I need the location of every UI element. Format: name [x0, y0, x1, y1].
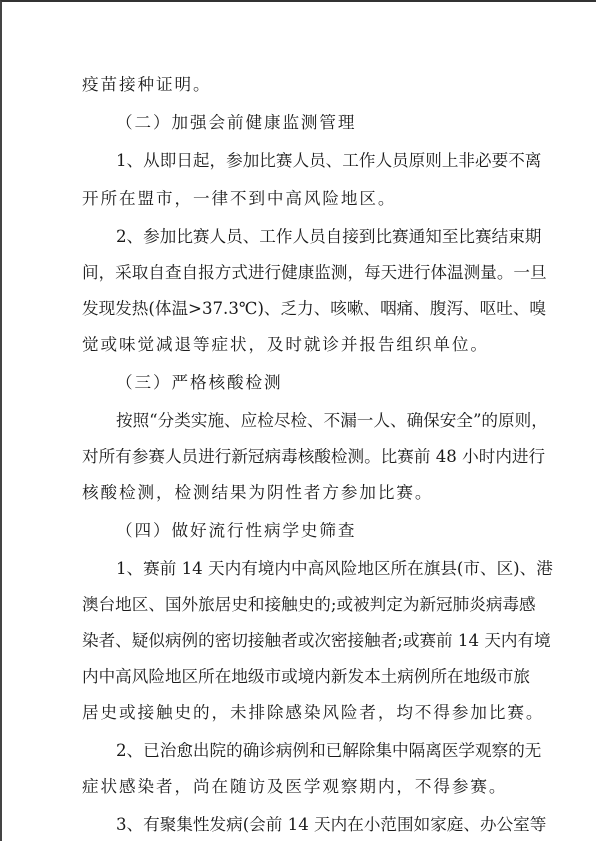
text-line: 对所有参赛人员进行新冠病毒核酸检测。比赛前 48 小时内进行 — [82, 446, 516, 468]
text-line: 1、赛前 14 天内有境内中高风险地区所在旗县(市、区)、港 — [116, 558, 516, 580]
text-line: 发现发热(体温>37.3℃)、乏力、咳嗽、咽痛、腹泻、呕吐、嗅 — [82, 298, 516, 320]
text-line: 2、已治愈出院的确诊病例和已解除集中隔离医学观察的无 — [116, 740, 516, 762]
text-line: 内中高风险地区所在地级市或境内新发本土病例所在地级市旅 — [82, 666, 516, 688]
text-line: 1、从即日起，参加比赛人员、工作人员原则上非必要不离 — [116, 150, 516, 172]
text-line: 症状感染者，尚在随访及医学观察期内，不得参赛。 — [82, 776, 507, 798]
text-line: 觉或味觉减退等症状，及时就诊并报告组织单位。 — [82, 334, 489, 356]
text-line: 染者、疑似病例的密切接触者或次密接触者;或赛前 14 天内有境 — [82, 630, 516, 652]
text-line: 开所在盟市，一律不到中高风险地区。 — [82, 188, 396, 210]
section-heading-2: （二）加强会前健康监测管理 — [116, 112, 356, 134]
text-line: 间，采取自查自报方式进行健康监测，每天进行体温测量。一旦 — [82, 262, 516, 284]
text-line: 澳台地区、国外旅居史和接触史的;或被判定为新冠肺炎病毒感 — [82, 594, 516, 616]
text-line: 疫苗接种证明。 — [82, 74, 211, 96]
text-line: 核酸检测，检测结果为阴性者方参加比赛。 — [82, 482, 433, 504]
text-line: 居史或接触史的，未排除感染风险者，均不得参加比赛。 — [82, 702, 544, 724]
section-heading-3: （三）严格核酸检测 — [116, 372, 282, 394]
section-heading-4: （四）做好流行性病学史筛查 — [116, 520, 356, 542]
text-line: 2、参加比赛人员、工作人员自接到比赛通知至比赛结束期 — [116, 226, 516, 248]
text-line: 按照“分类实施、应检尽检、不漏一人、确保安全”的原则， — [116, 410, 516, 432]
text-line: 3、有聚集性发病(会前 14 天内在小范围如家庭、办公室等 — [116, 814, 516, 836]
